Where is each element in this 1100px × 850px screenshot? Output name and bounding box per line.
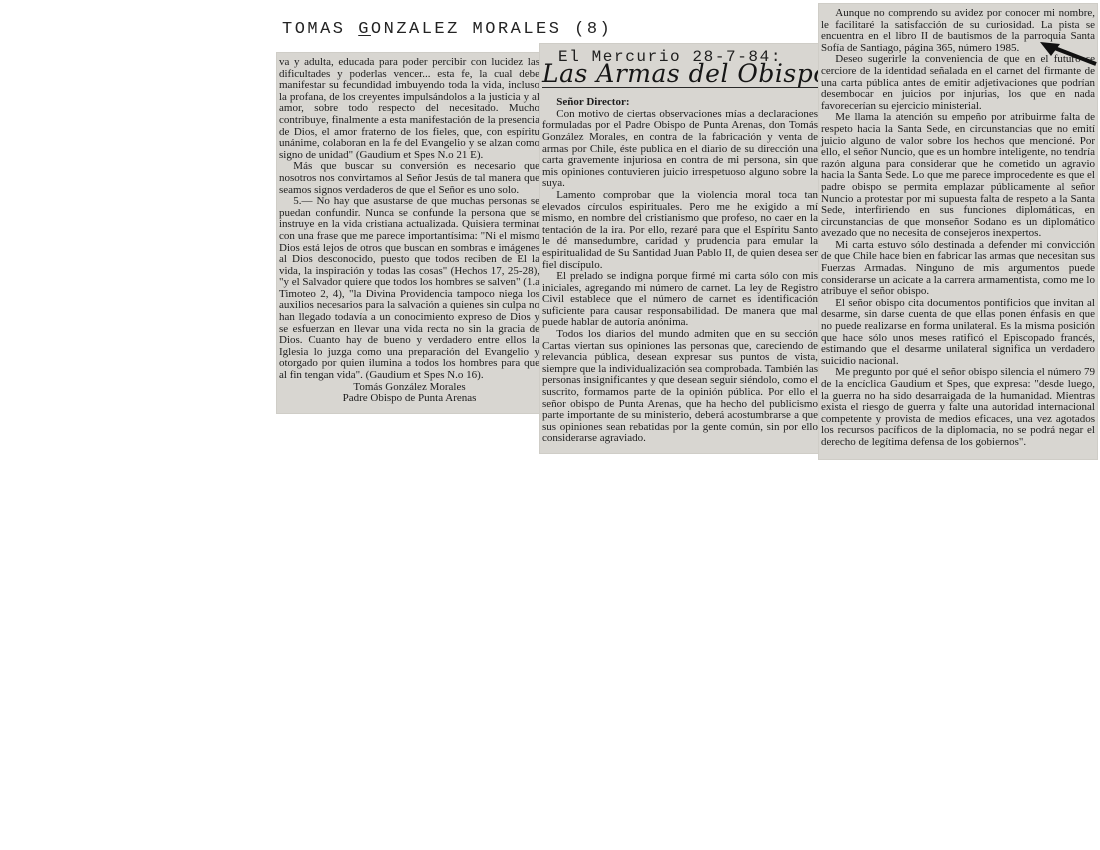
arrow-annotation-icon: [1038, 36, 1100, 70]
paragraph: Me pregunto por qué el señor obispo sile…: [821, 367, 1095, 448]
page-header-text: TOMAS: [282, 20, 358, 39]
paragraph: 5.— No hay que asustarse de que muchas p…: [279, 196, 540, 382]
paragraph: Más que buscar su conversión es necesari…: [279, 161, 540, 196]
page-header-underlined-letter: G: [358, 20, 371, 39]
paragraph: Me llama la atención su empeño por atrib…: [821, 112, 1095, 240]
scanned-page: TOMAS GONZALEZ MORALES (8) va y adulta, …: [0, 0, 1100, 850]
clipping-right-column: Aunque no comprendo su avidez por conoce…: [819, 4, 1097, 459]
paragraph: Mi carta estuvo sólo destinada a defende…: [821, 240, 1095, 298]
clipping-letter-column: El Mercurio 28-7-84: Las Armas del Obisp…: [540, 44, 820, 453]
paragraph: va y adulta, educada para poder percibir…: [279, 57, 540, 161]
headline: Las Armas del Obispo: [542, 68, 818, 80]
signature-title: Padre Obispo de Punta Arenas: [279, 393, 540, 405]
paragraph: El señor obispo cita documentos pontific…: [821, 298, 1095, 368]
paragraph: Con motivo de ciertas observaciones mías…: [542, 109, 818, 190]
paragraph: Lamento comprobar que la violencia moral…: [542, 190, 818, 271]
paragraph: Todos los diarios del mundo admiten que …: [542, 329, 818, 445]
clipping-left-column: va y adulta, educada para poder percibir…: [277, 53, 542, 413]
page-header: TOMAS GONZALEZ MORALES (8): [282, 20, 612, 39]
page-header-text: ONZALEZ MORALES (8): [371, 20, 612, 39]
paragraph: El prelado se indigna porque firmé mi ca…: [542, 271, 818, 329]
